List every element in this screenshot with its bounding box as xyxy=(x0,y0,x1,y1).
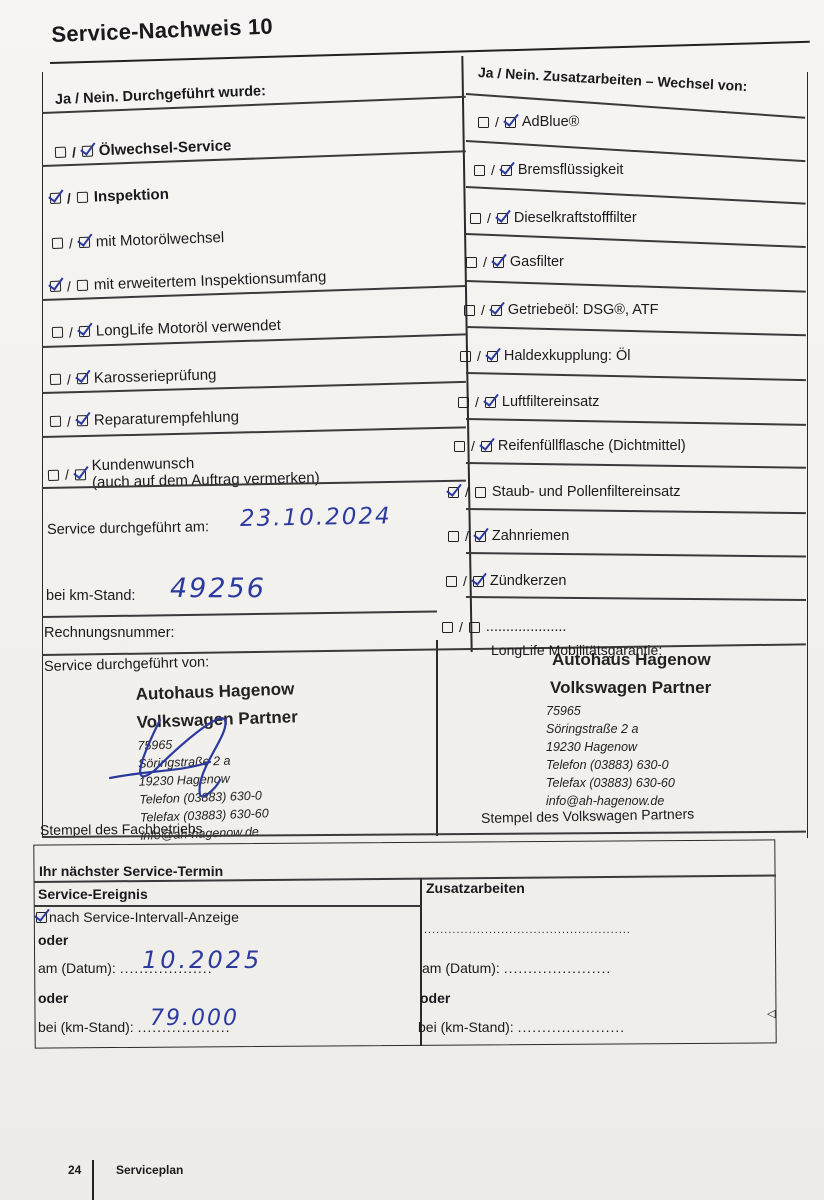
row-label: Staub- und Pollenfiltereinsatz xyxy=(492,484,681,500)
nein-checkbox[interactable] xyxy=(77,280,88,291)
ja-checkbox[interactable] xyxy=(55,147,66,158)
separator: / xyxy=(67,190,71,206)
or-label: oder xyxy=(420,990,450,1006)
nein-checkbox[interactable] xyxy=(475,531,486,542)
nein-checkbox[interactable] xyxy=(77,373,88,384)
separator: / xyxy=(471,438,475,454)
row-label: Dieselkraftstofffilter xyxy=(514,210,637,226)
separator: / xyxy=(465,528,469,544)
nein-checkbox[interactable] xyxy=(487,351,498,362)
stamp-line: 75965 xyxy=(546,702,711,720)
checklist-row[interactable]: /Bremsflüssigkeit xyxy=(474,162,623,178)
footer-divider xyxy=(92,1160,94,1200)
checklist-row[interactable]: /Zahnriemen xyxy=(448,528,569,544)
row-label: .................... xyxy=(486,619,567,635)
ja-checkbox[interactable] xyxy=(48,469,59,480)
nein-checkbox[interactable] xyxy=(79,237,90,248)
ja-checkbox[interactable] xyxy=(474,165,485,176)
next-km-value[interactable]: 79.000 xyxy=(150,1006,239,1031)
next-service-left-header: Service-Ereignis xyxy=(38,886,148,902)
nein-checkbox[interactable] xyxy=(473,576,484,587)
checklist-row[interactable]: /AdBlue® xyxy=(478,114,579,130)
separator: / xyxy=(475,394,479,410)
separator: / xyxy=(481,302,485,318)
nein-checkbox[interactable] xyxy=(82,146,93,157)
or-label: oder xyxy=(38,990,68,1006)
interval-label: nach Service-Intervall-Anzeige xyxy=(49,909,239,925)
ja-checkbox[interactable] xyxy=(50,281,61,292)
row-label: Haldexkupplung: Öl xyxy=(504,348,631,364)
page-title: Service-Nachweis 10 xyxy=(51,14,273,48)
checklist-row[interactable]: /Gasfilter xyxy=(466,254,564,270)
km-label: bei km-Stand: xyxy=(46,588,135,604)
checklist-row[interactable]: /Haldexkupplung: Öl xyxy=(460,348,630,364)
ja-checkbox[interactable] xyxy=(50,193,61,204)
row-label: Luftfiltereinsatz xyxy=(502,394,600,410)
nein-checkbox[interactable] xyxy=(469,622,480,633)
row-label: Inspektion xyxy=(94,186,170,206)
nein-checkbox[interactable] xyxy=(501,165,512,176)
ja-checkbox[interactable] xyxy=(52,327,63,338)
stamp-line: Telefon (03883) 630-0 xyxy=(546,756,711,774)
separator: / xyxy=(67,278,71,294)
extra-work-dots[interactable]: ........................................… xyxy=(424,924,631,936)
km-value[interactable]: 49256 xyxy=(170,573,266,604)
separator: / xyxy=(459,619,463,635)
ja-checkbox[interactable] xyxy=(442,622,453,633)
ja-checkbox[interactable] xyxy=(448,531,459,542)
signature-icon xyxy=(100,700,280,800)
next-service-divider xyxy=(34,905,421,907)
separator: / xyxy=(491,162,495,178)
nein-checkbox[interactable] xyxy=(475,487,486,498)
or-label: oder xyxy=(38,932,68,948)
row-label: Karosserieprüfung xyxy=(94,366,217,386)
row-label: Gasfilter xyxy=(510,254,564,270)
row-label: Getriebeöl: DSG®, ATF xyxy=(508,302,659,318)
nein-checkbox[interactable] xyxy=(481,441,492,452)
ja-checkbox[interactable] xyxy=(50,374,61,385)
next-date-value[interactable]: 10.2025 xyxy=(142,946,262,974)
separator: / xyxy=(483,254,487,270)
checklist-row[interactable]: /Getriebeöl: DSG®, ATF xyxy=(464,302,659,318)
separator: / xyxy=(463,573,467,589)
separator: / xyxy=(495,114,499,130)
checklist-row[interactable]: /Dieselkraftstofffilter xyxy=(470,210,637,226)
separator: / xyxy=(67,413,71,429)
separator: / xyxy=(465,484,469,500)
nein-checkbox[interactable] xyxy=(497,213,508,224)
ja-checkbox[interactable] xyxy=(464,305,475,316)
checklist-row[interactable]: /Staub- und Pollenfiltereinsatz xyxy=(448,484,681,500)
checklist-row[interactable]: /Reifenfüllflasche (Dichtmittel) xyxy=(454,438,686,454)
stamp-line: Telefax (03883) 630-60 xyxy=(546,774,711,792)
nein-checkbox[interactable] xyxy=(75,469,86,480)
separator: / xyxy=(477,348,481,364)
title-rule xyxy=(50,41,810,64)
stamp-line: Söringstraße 2 a xyxy=(546,720,711,738)
stamp-dealer-subtitle: Volkswagen Partner xyxy=(550,674,711,702)
page-number: 24 xyxy=(68,1163,81,1177)
ja-checkbox[interactable] xyxy=(448,487,459,498)
nein-checkbox[interactable] xyxy=(485,397,496,408)
dealer-stamp-right: Autohaus Hagenow Volkswagen Partner 7596… xyxy=(546,646,711,810)
row-label: Zündkerzen xyxy=(490,573,567,589)
interval-checkbox[interactable] xyxy=(36,912,47,923)
separator: / xyxy=(69,235,73,251)
row-label: Bremsflüssigkeit xyxy=(518,162,624,178)
stamp-dealer-name: Autohaus Hagenow xyxy=(552,646,711,674)
nein-checkbox[interactable] xyxy=(491,305,502,316)
row-label: Zahnriemen xyxy=(492,528,569,544)
ja-checkbox[interactable] xyxy=(478,117,489,128)
triangle-marker-icon: ◁ xyxy=(767,1007,775,1020)
column-divider-lower xyxy=(436,640,438,836)
separator: / xyxy=(487,210,491,226)
next-service-right-header: Zusatzarbeiten xyxy=(426,880,525,896)
stamp-line: 19230 Hagenow xyxy=(546,738,711,756)
ja-checkbox[interactable] xyxy=(458,397,469,408)
ja-checkbox[interactable] xyxy=(466,257,477,268)
interval-option[interactable]: nach Service-Intervall-Anzeige xyxy=(36,909,239,925)
nein-checkbox[interactable] xyxy=(493,257,504,268)
ja-checkbox[interactable] xyxy=(446,576,457,587)
extra-date-label[interactable]: am (Datum): ...................... xyxy=(422,960,611,976)
separator: / xyxy=(65,467,69,483)
footer-section: Serviceplan xyxy=(116,1163,183,1177)
ja-checkbox[interactable] xyxy=(454,441,465,452)
nein-checkbox[interactable] xyxy=(505,117,516,128)
row-label: Reifenfüllflasche (Dichtmittel) xyxy=(498,438,686,454)
separator: / xyxy=(67,371,71,387)
extra-km-label[interactable]: bei (km-Stand): ...................... xyxy=(418,1019,625,1035)
nein-checkbox[interactable] xyxy=(77,192,88,203)
ja-checkbox[interactable] xyxy=(50,416,61,427)
invoice-label: Rechnungsnummer: xyxy=(44,625,175,641)
nein-checkbox[interactable] xyxy=(79,326,90,337)
service-date-label: Service durchgeführt am: xyxy=(47,519,209,538)
row-label: AdBlue® xyxy=(522,114,579,130)
service-booklet-page: Service-Nachweis 10 Ja / Nein. Durchgefü… xyxy=(0,0,824,1200)
ja-checkbox[interactable] xyxy=(52,238,63,249)
ja-checkbox[interactable] xyxy=(470,213,481,224)
service-date-value[interactable]: 23.10.2024 xyxy=(240,503,392,532)
checklist-row[interactable]: /.................... xyxy=(442,619,566,635)
nein-checkbox[interactable] xyxy=(77,415,88,426)
ja-checkbox[interactable] xyxy=(460,351,471,362)
checklist-row[interactable]: /Luftfiltereinsatz xyxy=(458,394,599,410)
next-service-title: Ihr nächster Service-Termin xyxy=(39,863,223,879)
checklist-row[interactable]: /Zündkerzen xyxy=(446,573,566,589)
separator: / xyxy=(72,144,77,160)
row-label: Reparaturempfehlung xyxy=(94,408,239,429)
separator: / xyxy=(69,324,73,340)
